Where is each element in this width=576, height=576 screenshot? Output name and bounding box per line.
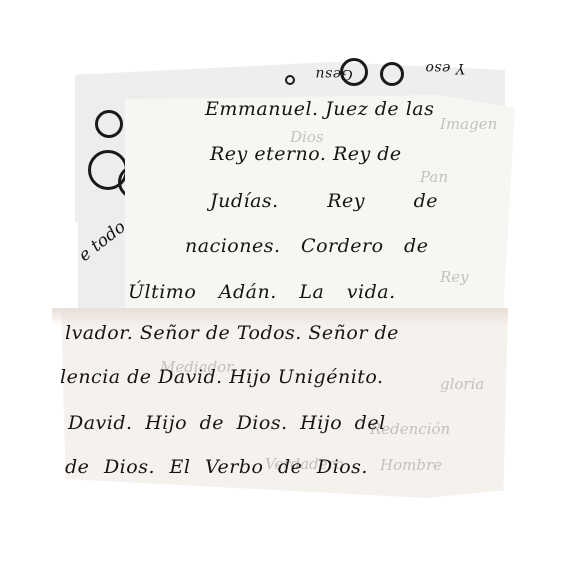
script-line: Último Adán. La vida. (128, 281, 396, 303)
script-line: Rey eterno. Rey de (210, 143, 402, 165)
script-line: de Dios. El Verbo de Dios. (65, 456, 368, 478)
faint-text: Hombre (380, 456, 442, 474)
upside-down-text: Y eso (425, 60, 465, 76)
faint-text: Rey (440, 268, 469, 286)
script-line: David. Hijo de Dios. Hijo del (68, 412, 386, 434)
faint-text: gloria (440, 375, 484, 393)
upside-down-text: Gesu (315, 66, 353, 82)
ornament-swirl-icon (380, 62, 404, 86)
script-line: Emmanuel. Juez de las (205, 98, 434, 120)
ornament-swirl-icon (95, 110, 123, 138)
scarf-photo: Gesu Y eso Isu e todo nombre Imagen Dios… (0, 0, 576, 576)
faint-text: Pan (420, 168, 448, 186)
faint-text: Imagen (440, 115, 497, 133)
ornament-dot-icon (285, 75, 295, 85)
script-line: lvador. Señor de Todos. Señor de (65, 322, 399, 344)
script-line: naciones. Cordero de (185, 235, 428, 257)
script-line: lencia de David. Hijo Unigénito. (60, 366, 384, 388)
script-line: Judías. Rey de (210, 190, 438, 212)
